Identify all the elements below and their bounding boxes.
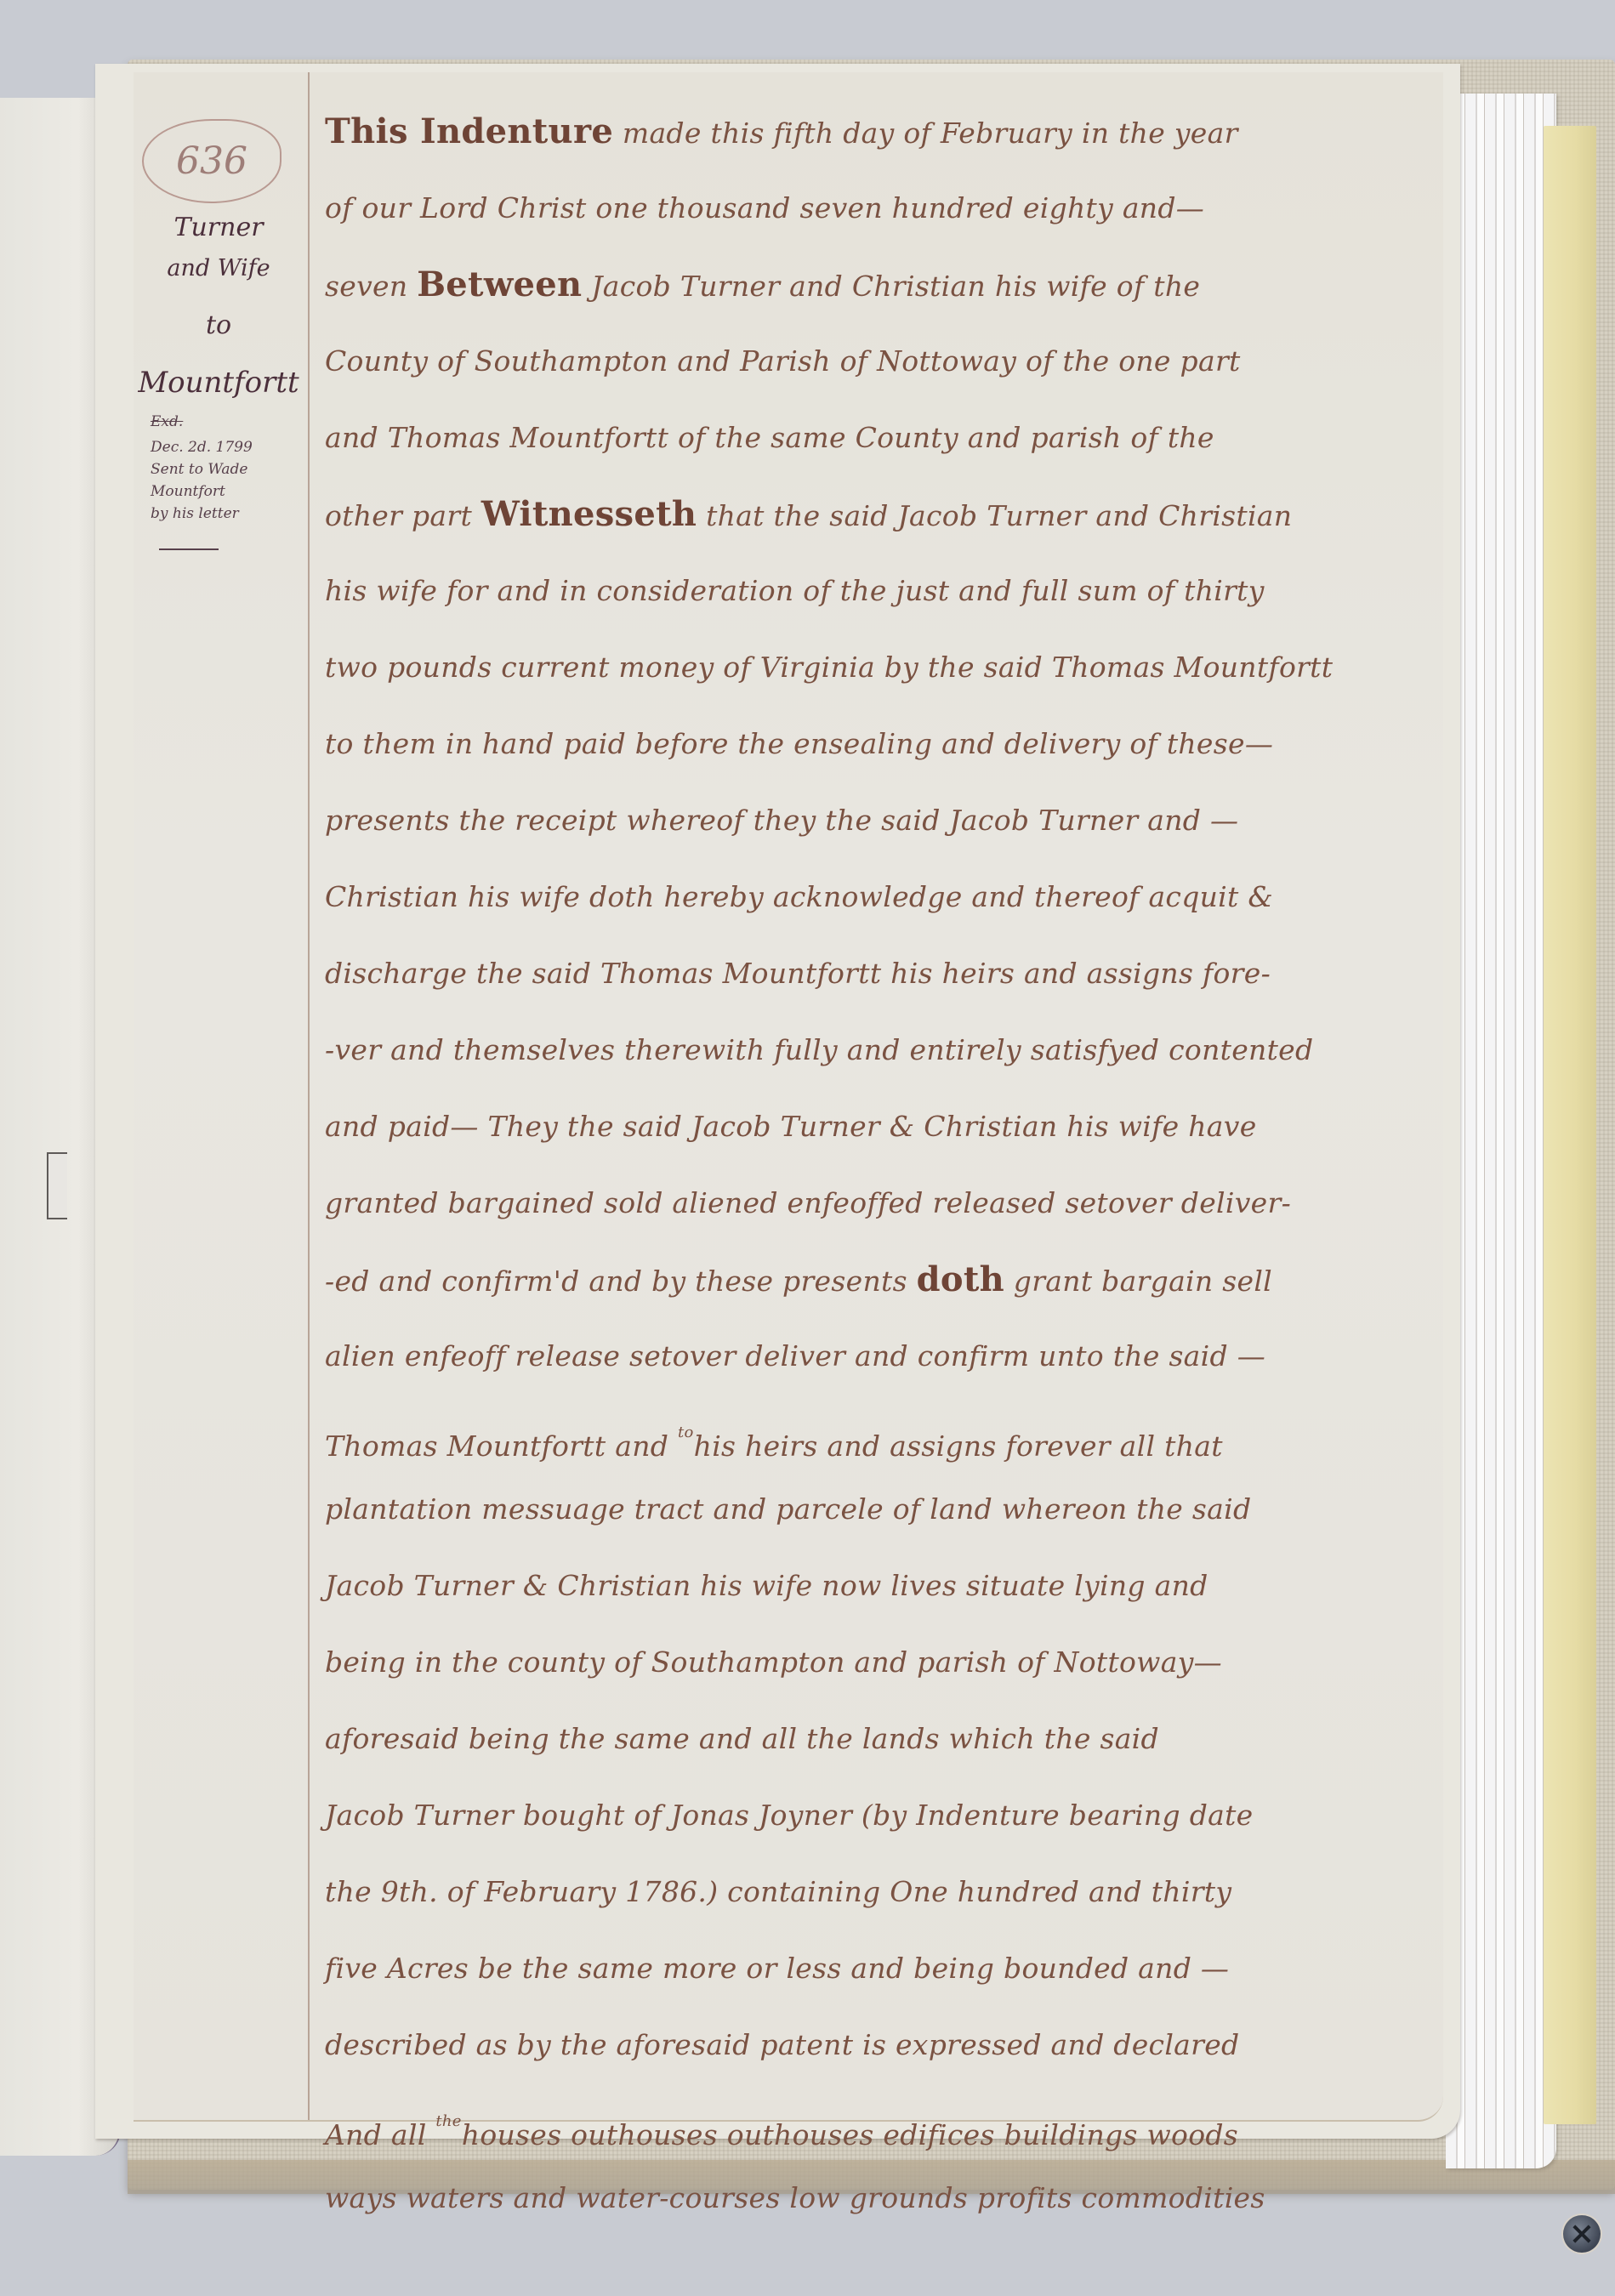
page-writing-area: 636 Turner and Wife to Mountfortt Exd. D… (134, 72, 1443, 2122)
text-segment: five Acres be the same more or less and … (325, 1952, 1229, 1985)
text-line: plantation messuage tract and parcele of… (325, 1471, 1435, 1548)
text-segment: alien enfeoff release setover deliver an… (325, 1339, 1265, 1372)
text-segment: aforesaid being the same and all the lan… (325, 1722, 1159, 1755)
text-segment: other part (325, 499, 481, 532)
text-line: to them in hand paid before the ensealin… (325, 706, 1435, 782)
margin-note-line: Dec. 2d. 1799 (151, 436, 312, 458)
text-segment: grant bargain sell (1004, 1265, 1272, 1298)
folio-number: 636 (142, 119, 281, 203)
text-line: And all thehouses outhouses outhouses ed… (325, 2083, 1435, 2160)
text-line: This Indenture made this fifth day of Fe… (325, 94, 1435, 170)
text-line: seven Between Jacob Turner and Christian… (325, 247, 1435, 323)
document-page: 636 Turner and Wife to Mountfortt Exd. D… (95, 64, 1460, 2139)
margin-note-line: by his letter (151, 503, 312, 525)
text-segment: And all (325, 2118, 435, 2151)
text-line: presents the receipt whereof they the sa… (325, 782, 1435, 859)
yellow-index-tab (1544, 126, 1596, 2124)
text-line: and Thomas Mountfortt of the same County… (325, 400, 1435, 476)
text-line: the 9th. of February 1786.) containing O… (325, 1854, 1435, 1930)
text-segment: his wife for and in consideration of the… (325, 574, 1265, 607)
emphasized-word: doth (917, 1259, 1004, 1299)
margin-note-line: Sent to Wade (151, 458, 312, 480)
text-segment: discharge the said Thomas Mountfortt his… (325, 957, 1271, 990)
text-segment: Jacob Turner & Christian his wife now li… (325, 1569, 1208, 1602)
margin-rule-line (308, 72, 310, 2120)
margin-struck-note: Exd. (151, 411, 312, 433)
text-line: described as by the aforesaid patent is … (325, 2007, 1435, 2083)
text-segment: -ed and confirm'd and by these presents (325, 1265, 917, 1298)
margin-notes: Dec. 2d. 1799 Sent to Wade Mountfort by … (151, 436, 312, 525)
deed-body-text: This Indenture made this fifth day of Fe… (325, 94, 1435, 2236)
text-segment: County of Southampton and Parish of Nott… (325, 344, 1241, 378)
text-line: two pounds current money of Virginia by … (325, 629, 1435, 706)
text-segment: that the said Jacob Turner and Christian (697, 499, 1292, 532)
margin-title-line: and Wife (134, 255, 304, 281)
text-segment: made this fifth day of February in the y… (613, 117, 1238, 150)
text-line: -ver and themselves therewith fully and … (325, 1012, 1435, 1088)
text-segment: Jacob Turner and Christian his wife of t… (582, 270, 1200, 303)
text-segment: ways waters and water-courses low ground… (325, 2181, 1265, 2214)
left-margin: 636 Turner and Wife to Mountfortt Exd. D… (134, 72, 304, 2120)
text-line: five Acres be the same more or less and … (325, 1930, 1435, 2007)
text-segment: -ver and themselves therewith fully and … (325, 1033, 1313, 1066)
text-segment: of our Lord Christ one thousand seven hu… (325, 191, 1204, 224)
text-segment: and Thomas Mountfortt of the same County… (325, 421, 1214, 454)
margin-title-line: Mountfortt (134, 366, 304, 400)
text-line: and paid— They the said Jacob Turner & C… (325, 1088, 1435, 1165)
text-segment: granted bargained sold aliened enfeoffed… (325, 1186, 1291, 1219)
text-segment: his heirs and assigns forever all that (694, 1429, 1223, 1463)
text-line: Thomas Mountfortt and tohis heirs and as… (325, 1395, 1435, 1471)
margin-underline (159, 548, 219, 550)
text-line: ways waters and water-courses low ground… (325, 2160, 1435, 2236)
text-line: granted bargained sold aliened enfeoffed… (325, 1165, 1435, 1242)
text-segment: the 9th. of February 1786.) containing O… (325, 1875, 1231, 1908)
text-line: being in the county of Southampton and p… (325, 1624, 1435, 1701)
text-line: discharge the said Thomas Mountfortt his… (325, 935, 1435, 1012)
text-segment: and paid— They the said Jacob Turner & C… (325, 1110, 1257, 1143)
text-segment: plantation messuage tract and parcele of… (325, 1492, 1251, 1526)
text-segment: Thomas Mountfortt and (325, 1429, 678, 1463)
emphasized-word: This Indenture (325, 111, 613, 151)
text-segment: two pounds current money of Virginia by … (325, 651, 1333, 684)
text-segment: houses outhouses outhouses edifices buil… (462, 2118, 1238, 2151)
text-line: other part Witnesseth that the said Jaco… (325, 476, 1435, 553)
text-segment: presents the receipt whereof they the sa… (325, 804, 1238, 837)
text-segment: described as by the aforesaid patent is … (325, 2028, 1240, 2061)
text-segment: Jacob Turner bought of Jonas Joyner (by … (325, 1799, 1254, 1832)
text-segment: being in the county of Southampton and p… (325, 1645, 1222, 1679)
text-line: aforesaid being the same and all the lan… (325, 1701, 1435, 1777)
text-line: Jacob Turner & Christian his wife now li… (325, 1548, 1435, 1624)
emphasized-word: Between (417, 264, 582, 304)
page-stack-edges (1446, 94, 1556, 2168)
text-line: of our Lord Christ one thousand seven hu… (325, 170, 1435, 247)
text-segment: Christian his wife doth hereby acknowled… (325, 880, 1273, 913)
emphasized-word: Witnesseth (481, 494, 697, 534)
margin-note-line: Mountfort (151, 480, 312, 503)
text-line: -ed and confirm'd and by these presents … (325, 1242, 1435, 1318)
text-line: alien enfeoff release setover deliver an… (325, 1318, 1435, 1395)
interlinear-insertion: to (678, 1424, 694, 1441)
text-segment: seven (325, 270, 417, 303)
interlinear-insertion: the (435, 2112, 461, 2130)
text-line: County of Southampton and Parish of Nott… (325, 323, 1435, 400)
page-tab-marker (47, 1152, 67, 1219)
screw-icon (1563, 2215, 1601, 2253)
margin-title-line: to (134, 310, 304, 340)
text-line: his wife for and in consideration of the… (325, 553, 1435, 629)
margin-title-line: Turner (134, 213, 304, 242)
text-segment: to them in hand paid before the ensealin… (325, 727, 1273, 760)
text-line: Jacob Turner bought of Jonas Joyner (by … (325, 1777, 1435, 1854)
text-line: Christian his wife doth hereby acknowled… (325, 859, 1435, 935)
